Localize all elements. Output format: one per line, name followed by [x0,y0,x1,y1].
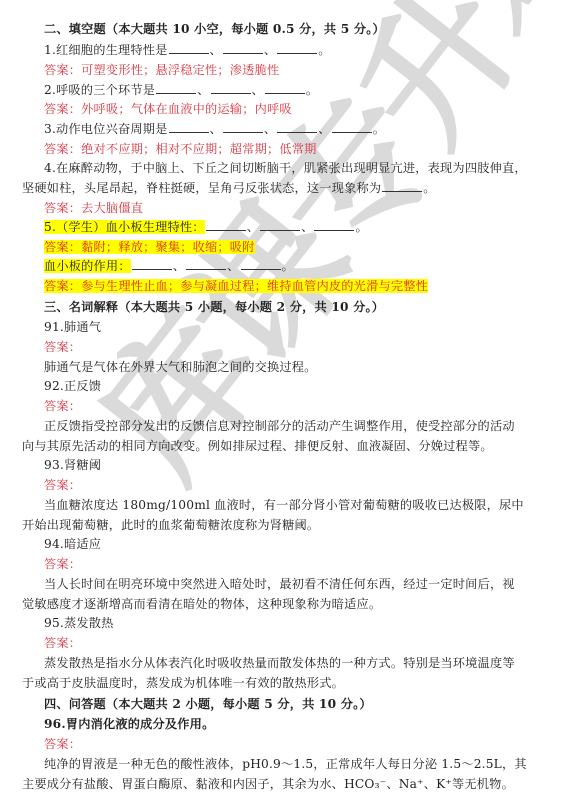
blank [169,121,209,133]
answer-text-highlighted: 答案：黏附；释放；聚集；收缩；吸附 [44,240,255,254]
question-text: 1.红细胞的生理特性是 [44,43,168,57]
term-title: 92.正反馈 [44,378,101,395]
document-page: 库课专升本 二、填空题（本大题共 10 小空，每小题 0.5 分，共 5 分。）… [0,0,563,812]
question-text-highlighted: 血小板的作用： [44,259,131,273]
term-body-cont: 向与其原先活动的相同方向改变。例如排尿过程、排便反射、血液凝固、分娩过程等。 [22,438,493,455]
term-body: 正反馈指受控部分发出的反馈信息对控制部分的活动产生调整作用，使受控部分的活动 [44,418,515,435]
blank [206,219,246,231]
term-body: 当人长时间在明亮环境中突然进入暗处时，最初看不清任何东西，经过一定时间后，视 [44,576,515,593]
term-title: 94.暗适应 [44,536,101,553]
qa-body: 纯净的胃液是一种无色的酸性液体，pH0.9～1.5，正常成年人每日分泌 1.5～… [44,756,527,773]
blank [156,82,196,94]
blank [277,42,317,54]
answer-label: 答案： [44,736,81,753]
term-title: 93.肾糖阈 [44,457,101,474]
question-4-line1: 4.在麻醉动物，于中脑上、下丘之间切断脑干，肌紧张出现明显亢进，表现为四肢伸直， [44,160,527,177]
question-text: 3.动作电位兴奋周期是 [44,122,168,136]
term-title: 91.肺通气 [44,319,101,336]
question-text: 2.呼吸的三个环节是 [44,83,155,97]
blank [260,219,300,231]
question-1: 1.红细胞的生理特性是、、。 [44,42,331,59]
answer-4: 答案：去大脑僵直 [44,200,143,217]
question-text-highlighted: 5.（学生）血小板生理特性： [44,220,205,234]
blank [265,82,305,94]
blank [211,82,251,94]
term-title: 95.蒸发散热 [44,615,114,632]
blank [277,121,317,133]
answer-5: 答案：黏附；释放；聚集；收缩；吸附 [44,239,255,256]
term-body: 当血糖浓度达 180mg/100ml 血液时，有一部分肾小管对葡萄糖的吸收已达极… [44,497,524,514]
answer-label: 答案： [44,477,81,494]
question-6: 血小板的作用：、、。 [44,258,294,275]
blank [223,121,263,133]
question-3: 3.动作电位兴奋周期是、、、。 [44,121,385,138]
blank [169,42,209,54]
answer-1: 答案：可塑变形性；悬浮稳定性；渗透脆性 [44,62,279,79]
question-2: 2.呼吸的三个环节是、、。 [44,82,318,99]
question-5: 5.（学生）血小板生理特性：、、。 [44,219,368,236]
answer-label: 答案： [44,635,81,652]
blank [132,258,172,270]
qa-title: 96.胃内消化液的成分及作用。 [44,716,214,733]
answer-label: 答案： [44,339,81,356]
term-body-cont: 于或高于皮肤温度时，蒸发成为机体唯一有效的散热形式。 [22,675,344,692]
answer-label: 答案： [44,556,81,573]
section-heading-terms: 三、名词解释（本大题共 5 小题，每小题 2 分，共 10 分。） [44,299,384,316]
answer-label: 答案： [44,398,81,415]
question-4-line2: 坚硬如柱，头尾昂起，脊柱挺硬，呈角弓反张状态，这一现象称为。 [22,180,436,197]
blank [223,42,263,54]
question-text: 坚硬如柱，头尾昂起，脊柱挺硬，呈角弓反张状态，这一现象称为 [22,181,381,195]
blank [186,258,226,270]
blank [332,121,372,133]
answer-text-highlighted: 答案：参与生理性止血；参与凝血过程；维持血管内皮的光滑与完整性 [44,279,428,293]
section-heading-qa: 四、问答题（本大题共 2 小题，每小题 5 分，共 10 分。） [44,696,372,713]
answer-2: 答案：外呼吸；气体在血液中的运输；内呼吸 [44,101,292,118]
term-body: 肺通气是气体在外界大气和肺泡之间的交换过程。 [44,359,317,376]
answer-6: 答案：参与生理性止血；参与凝血过程；维持血管内皮的光滑与完整性 [44,278,428,295]
blank [314,219,354,231]
answer-3: 答案：绝对不应期；相对不应期；超常期；低常期 [44,141,317,158]
term-body-cont: 开始出现葡萄糖，此时的血浆葡萄糖浓度称为肾糖阈。 [22,517,319,534]
blank [382,180,422,192]
term-body-cont: 觉敏感度才逐渐增高而看清在暗处的物体，这种现象称为暗适应。 [22,596,381,613]
term-body: 蒸发散热是指水分从体表汽化时吸收热量而散发体热的一种方式。特别是当环境温度等 [44,655,515,672]
qa-body-cont: 主要成分有盐酸、胃蛋白酶原、黏液和内因子，其余为水、HCO₃⁻、Na⁺、K⁺等无… [22,776,514,793]
blank [241,258,281,270]
section-heading-fill-in: 二、填空题（本大题共 10 小空，每小题 0.5 分，共 5 分。） [44,21,385,38]
